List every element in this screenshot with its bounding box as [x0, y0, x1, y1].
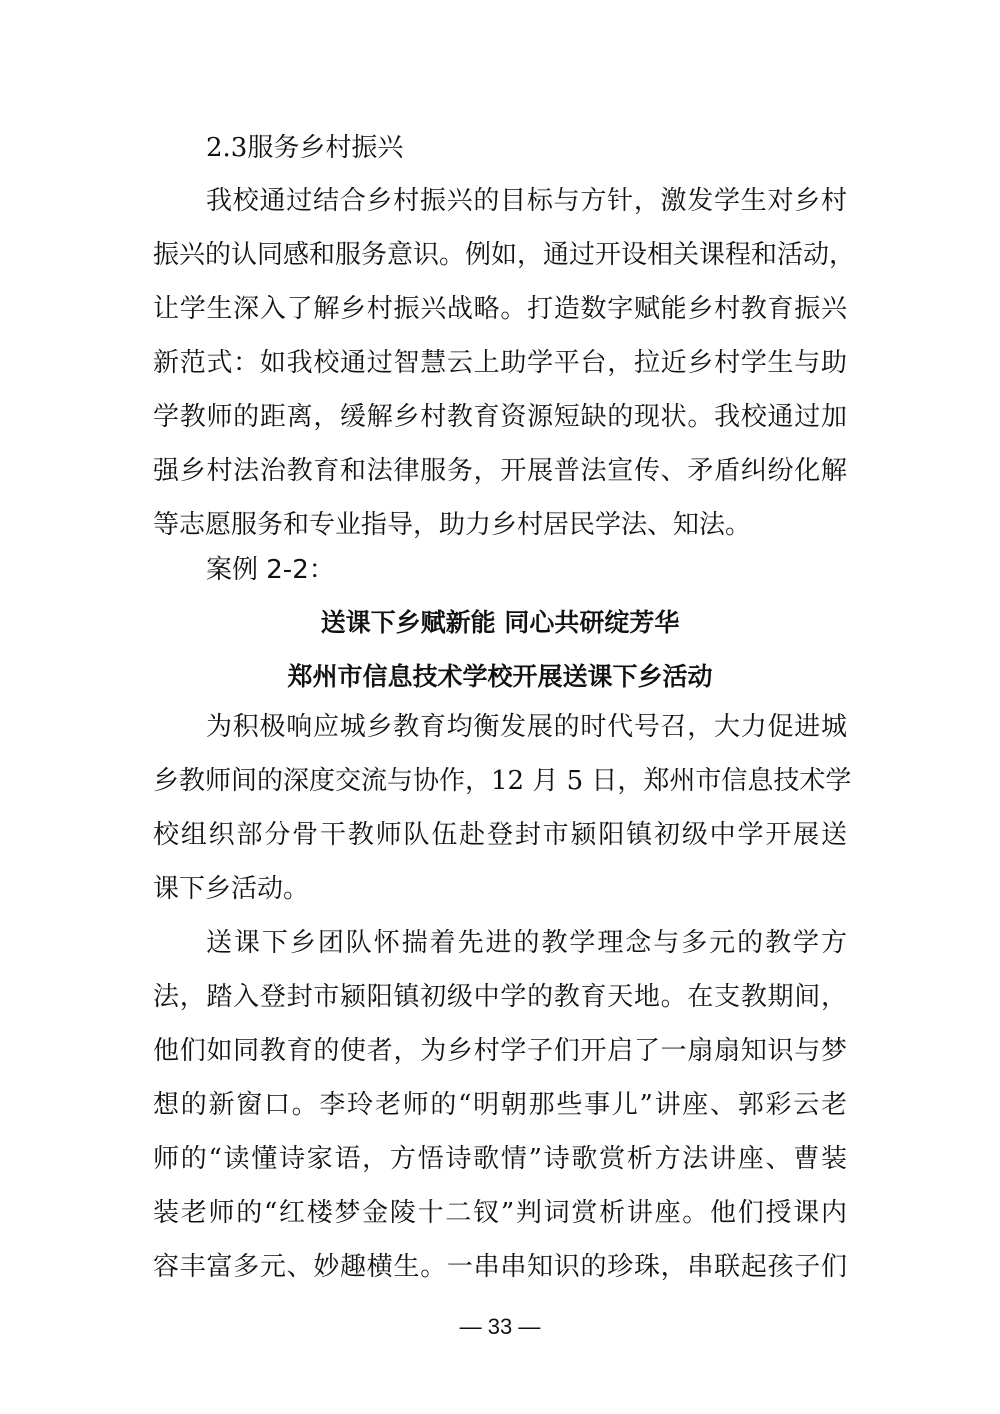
document-page: 2.3服务乡村振兴 我校通过结合乡村振兴的目标与方针，激发学生对乡村 振兴的认同…	[0, 0, 1000, 1414]
case-subtitle: 郑州市信息技术学校开展送课下乡活动	[0, 657, 1000, 697]
case-title: 送课下乡赋新能 同心共研绽芳华	[0, 603, 1000, 643]
paragraph-line: 新范式：如我校通过智慧云上助学平台，拉近乡村学生与助	[153, 343, 847, 383]
paragraph-line: 为积极响应城乡教育均衡发展的时代号召，大力促进城	[206, 707, 847, 747]
case-label: 案例 2-2：	[206, 550, 335, 590]
paragraph-line: 让学生深入了解乡村振兴战略。打造数字赋能乡村教育振兴	[153, 289, 847, 329]
paragraph-line: 他们如同教育的使者，为乡村学子们开启了一扇扇知识与梦	[153, 1031, 847, 1071]
paragraph-line: 师的“读懂诗家语，方悟诗歌情”诗歌赏析方法讲座、曹装	[153, 1139, 847, 1179]
paragraph-line: 我校通过结合乡村振兴的目标与方针，激发学生对乡村	[206, 181, 847, 221]
paragraph-line: 学教师的距离，缓解乡村教育资源短缺的现状。我校通过加	[153, 397, 847, 437]
paragraph-line: 法，踏入登封市颍阳镇初级中学的教育天地。在支教期间，	[153, 977, 847, 1017]
paragraph-line: 送课下乡团队怀揣着先进的教学理念与多元的教学方	[206, 923, 847, 963]
section-heading: 2.3服务乡村振兴	[206, 128, 403, 168]
paragraph-line: 想的新窗口。李玲老师的“明朝那些事儿”讲座、郭彩云老	[153, 1085, 847, 1125]
paragraph-line: 乡教师间的深度交流与协作，12 月 5 日，郑州市信息技术学	[153, 761, 847, 801]
paragraph-line: 强乡村法治教育和法律服务，开展普法宣传、矛盾纠纷化解	[153, 451, 847, 491]
paragraph-line: 课下乡活动。	[153, 869, 847, 909]
paragraph-line: 振兴的认同感和服务意识。例如，通过开设相关课程和活动，	[153, 235, 847, 275]
paragraph-line: 等志愿服务和专业指导，助力乡村居民学法、知法。	[153, 505, 847, 545]
paragraph-line: 容丰富多元、妙趣横生。一串串知识的珍珠，串联起孩子们	[153, 1247, 847, 1287]
paragraph-line: 校组织部分骨干教师队伍赴登封市颍阳镇初级中学开展送	[153, 815, 847, 855]
page-number: — 33 —	[0, 1312, 1000, 1342]
paragraph-line: 装老师的“红楼梦金陵十二钗”判词赏析讲座。他们授课内	[153, 1193, 847, 1233]
